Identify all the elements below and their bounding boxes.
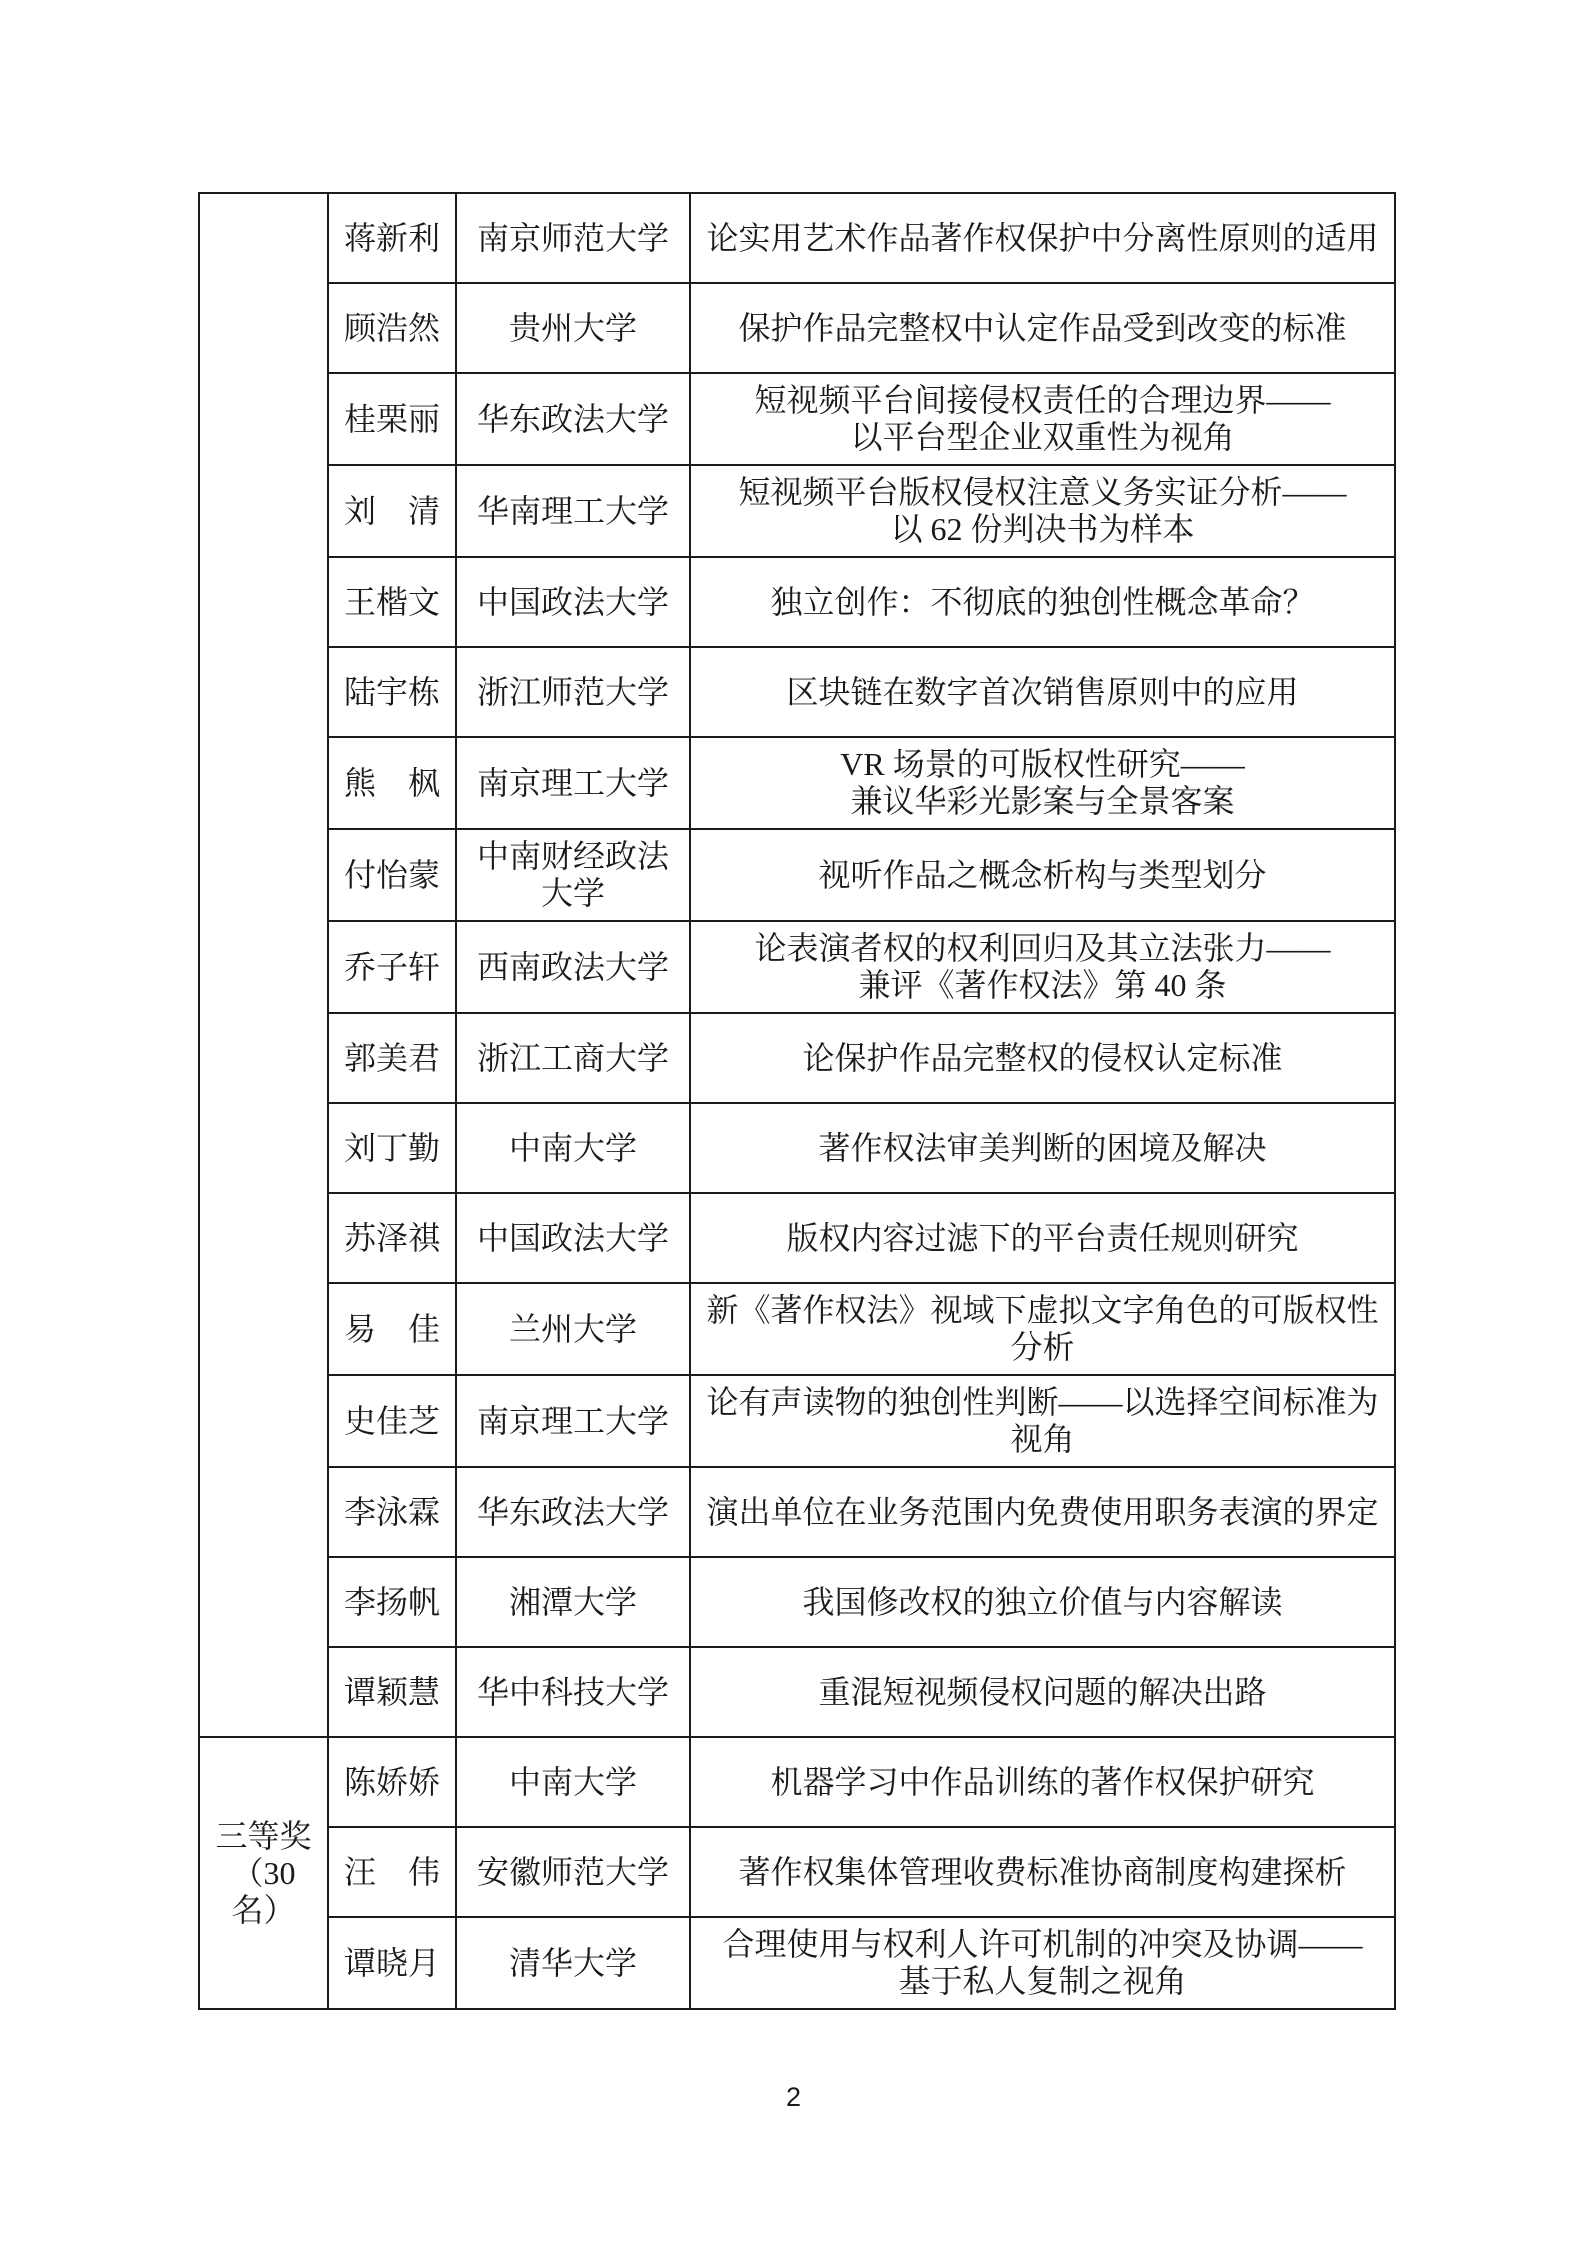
winner-name: 付怡蒙 xyxy=(328,829,456,921)
paper-title: 区块链在数字首次销售原则中的应用 xyxy=(690,647,1395,737)
table-row: 熊 枫 南京理工大学 VR 场景的可版权性研究—— 兼议华彩光影案与全景客案 xyxy=(199,737,1395,829)
winner-name: 桂栗丽 xyxy=(328,373,456,465)
winner-university: 湘潭大学 xyxy=(456,1557,690,1647)
paper-title: 我国修改权的独立价值与内容解读 xyxy=(690,1557,1395,1647)
winner-university: 西南政法大学 xyxy=(456,921,690,1013)
table-row: 陆宇栋 浙江师范大学 区块链在数字首次销售原则中的应用 xyxy=(199,647,1395,737)
table-row: 郭美君 浙江工商大学 论保护作品完整权的侵权认定标准 xyxy=(199,1013,1395,1103)
table-row: 谭晓月 清华大学 合理使用与权利人许可机制的冲突及协调—— 基于私人复制之视角 xyxy=(199,1917,1395,2009)
winner-name: 王楷文 xyxy=(328,557,456,647)
table-row: 刘 清 华南理工大学 短视频平台版权侵权注意义务实证分析—— 以 62 份判决书… xyxy=(199,465,1395,557)
winner-name: 陆宇栋 xyxy=(328,647,456,737)
table-row: 易 佳 兰州大学 新《著作权法》视域下虚拟文字角色的可版权性 分析 xyxy=(199,1283,1395,1375)
paper-title: 著作权集体管理收费标准协商制度构建探析 xyxy=(690,1827,1395,1917)
paper-title: 短视频平台版权侵权注意义务实证分析—— 以 62 份判决书为样本 xyxy=(690,465,1395,557)
winner-name: 李扬帆 xyxy=(328,1557,456,1647)
paper-title: 论表演者权的权利回归及其立法张力—— 兼评《著作权法》第 40 条 xyxy=(690,921,1395,1013)
award-group-cell xyxy=(199,193,328,1737)
winner-university: 中南大学 xyxy=(456,1737,690,1827)
winner-name: 谭颖慧 xyxy=(328,1647,456,1737)
winner-name: 郭美君 xyxy=(328,1013,456,1103)
paper-title: 版权内容过滤下的平台责任规则研究 xyxy=(690,1193,1395,1283)
table-row: 付怡蒙 中南财经政法 大学 视听作品之概念析构与类型划分 xyxy=(199,829,1395,921)
winner-university: 南京理工大学 xyxy=(456,1375,690,1467)
winner-name: 熊 枫 xyxy=(328,737,456,829)
winner-university: 华东政法大学 xyxy=(456,1467,690,1557)
paper-title: 演出单位在业务范围内免费使用职务表演的界定 xyxy=(690,1467,1395,1557)
table-row: 蒋新利 南京师范大学 论实用艺术作品著作权保护中分离性原则的适用 xyxy=(199,193,1395,283)
winner-name: 易 佳 xyxy=(328,1283,456,1375)
winner-name: 李泳霖 xyxy=(328,1467,456,1557)
winner-name: 乔子轩 xyxy=(328,921,456,1013)
winner-university: 中国政法大学 xyxy=(456,1193,690,1283)
paper-title: 论实用艺术作品著作权保护中分离性原则的适用 xyxy=(690,193,1395,283)
winner-name: 史佳芝 xyxy=(328,1375,456,1467)
winner-name: 苏泽祺 xyxy=(328,1193,456,1283)
winner-name: 陈娇娇 xyxy=(328,1737,456,1827)
winner-name: 蒋新利 xyxy=(328,193,456,283)
winner-university: 浙江工商大学 xyxy=(456,1013,690,1103)
winner-university: 南京师范大学 xyxy=(456,193,690,283)
paper-title: 保护作品完整权中认定作品受到改变的标准 xyxy=(690,283,1395,373)
table-row: 三等奖 （30 名） 陈娇娇 中南大学 机器学习中作品训练的著作权保护研究 xyxy=(199,1737,1395,1827)
award-group-cell: 三等奖 （30 名） xyxy=(199,1737,328,2009)
winner-university: 安徽师范大学 xyxy=(456,1827,690,1917)
paper-title: 新《著作权法》视域下虚拟文字角色的可版权性 分析 xyxy=(690,1283,1395,1375)
paper-title: 短视频平台间接侵权责任的合理边界—— 以平台型企业双重性为视角 xyxy=(690,373,1395,465)
page-number: 2 xyxy=(0,2082,1587,2113)
paper-title: 重混短视频侵权问题的解决出路 xyxy=(690,1647,1395,1737)
table-row: 李泳霖 华东政法大学 演出单位在业务范围内免费使用职务表演的界定 xyxy=(199,1467,1395,1557)
winner-name: 刘 清 xyxy=(328,465,456,557)
winner-university: 清华大学 xyxy=(456,1917,690,2009)
paper-title: 视听作品之概念析构与类型划分 xyxy=(690,829,1395,921)
paper-title: 论有声读物的独创性判断——以选择空间标准为 视角 xyxy=(690,1375,1395,1467)
winner-university: 贵州大学 xyxy=(456,283,690,373)
winner-university: 南京理工大学 xyxy=(456,737,690,829)
table-row: 谭颖慧 华中科技大学 重混短视频侵权问题的解决出路 xyxy=(199,1647,1395,1737)
table-row: 史佳芝 南京理工大学 论有声读物的独创性判断——以选择空间标准为 视角 xyxy=(199,1375,1395,1467)
winner-university: 中南大学 xyxy=(456,1103,690,1193)
paper-title: 论保护作品完整权的侵权认定标准 xyxy=(690,1013,1395,1103)
paper-title: 独立创作：不彻底的独创性概念革命？ xyxy=(690,557,1395,647)
winner-name: 汪 伟 xyxy=(328,1827,456,1917)
table-row: 苏泽祺 中国政法大学 版权内容过滤下的平台责任规则研究 xyxy=(199,1193,1395,1283)
awards-table: 蒋新利 南京师范大学 论实用艺术作品著作权保护中分离性原则的适用 顾浩然 贵州大… xyxy=(198,192,1396,2010)
winner-university: 华东政法大学 xyxy=(456,373,690,465)
winner-university: 华中科技大学 xyxy=(456,1647,690,1737)
paper-title: 合理使用与权利人许可机制的冲突及协调—— 基于私人复制之视角 xyxy=(690,1917,1395,2009)
document-page: 蒋新利 南京师范大学 论实用艺术作品著作权保护中分离性原则的适用 顾浩然 贵州大… xyxy=(0,0,1587,2245)
paper-title: 著作权法审美判断的困境及解决 xyxy=(690,1103,1395,1193)
table-row: 桂栗丽 华东政法大学 短视频平台间接侵权责任的合理边界—— 以平台型企业双重性为… xyxy=(199,373,1395,465)
winner-university: 中国政法大学 xyxy=(456,557,690,647)
table-row: 汪 伟 安徽师范大学 著作权集体管理收费标准协商制度构建探析 xyxy=(199,1827,1395,1917)
winner-university: 浙江师范大学 xyxy=(456,647,690,737)
paper-title: VR 场景的可版权性研究—— 兼议华彩光影案与全景客案 xyxy=(690,737,1395,829)
table-row: 顾浩然 贵州大学 保护作品完整权中认定作品受到改变的标准 xyxy=(199,283,1395,373)
winner-university: 中南财经政法 大学 xyxy=(456,829,690,921)
winner-name: 顾浩然 xyxy=(328,283,456,373)
table-row: 李扬帆 湘潭大学 我国修改权的独立价值与内容解读 xyxy=(199,1557,1395,1647)
winner-university: 华南理工大学 xyxy=(456,465,690,557)
table-row: 刘丁勤 中南大学 著作权法审美判断的困境及解决 xyxy=(199,1103,1395,1193)
winner-university: 兰州大学 xyxy=(456,1283,690,1375)
winner-name: 刘丁勤 xyxy=(328,1103,456,1193)
paper-title: 机器学习中作品训练的著作权保护研究 xyxy=(690,1737,1395,1827)
winner-name: 谭晓月 xyxy=(328,1917,456,2009)
table-row: 乔子轩 西南政法大学 论表演者权的权利回归及其立法张力—— 兼评《著作权法》第 … xyxy=(199,921,1395,1013)
table-row: 王楷文 中国政法大学 独立创作：不彻底的独创性概念革命？ xyxy=(199,557,1395,647)
